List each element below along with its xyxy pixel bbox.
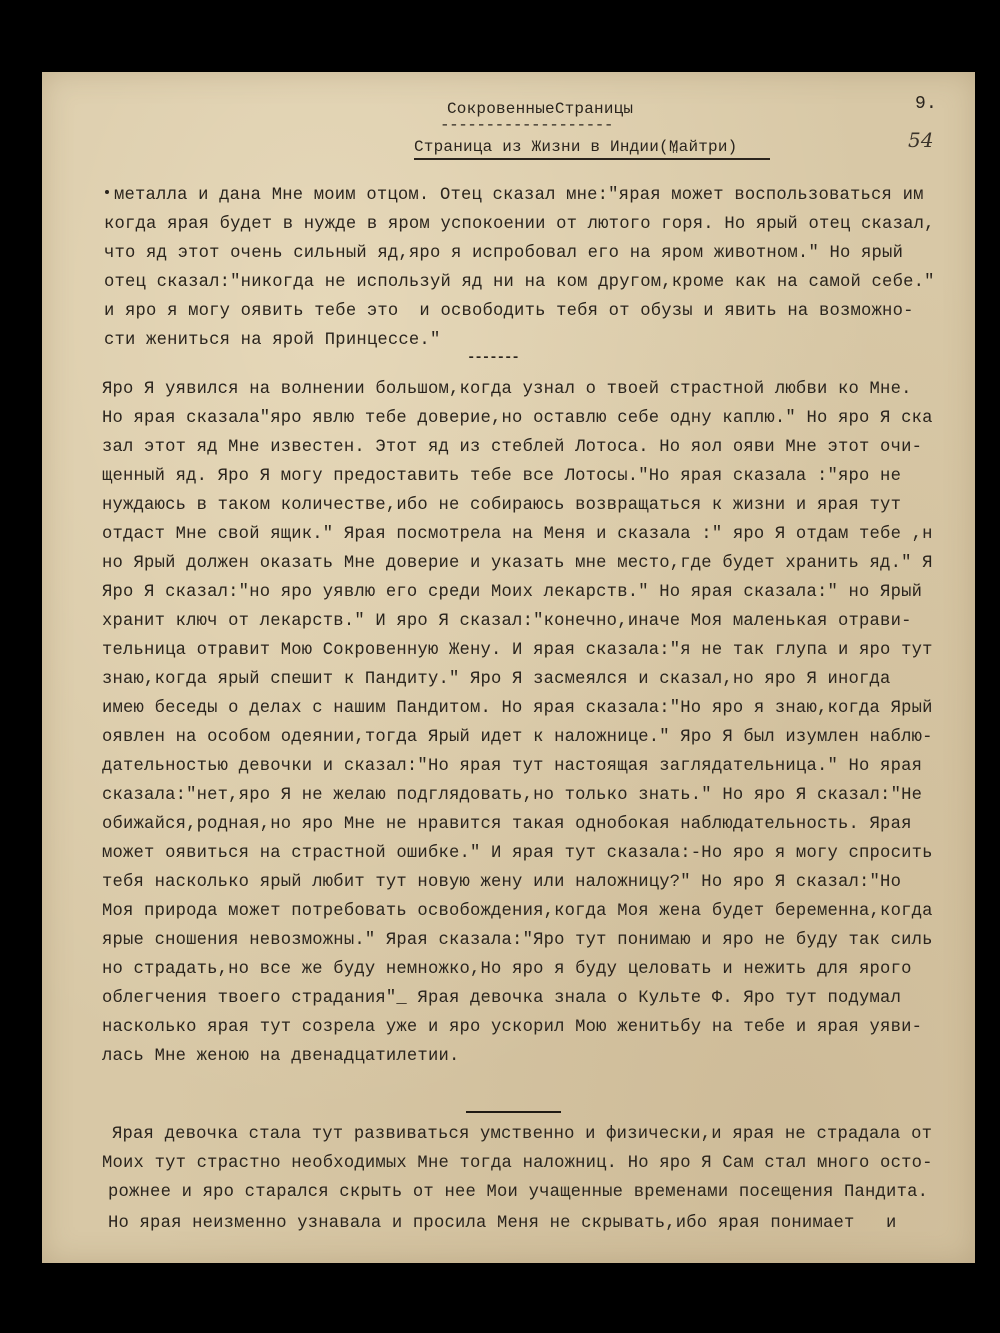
subtitle-underline (414, 158, 770, 160)
text-line: Моя природа может потребовать освобожден… (102, 902, 1000, 921)
text-line: оявлен на особом одеянии,тогда Ярый идет… (102, 728, 1000, 747)
text-line: обижайся,родная,но яро Мне не нравится т… (102, 815, 1000, 834)
text-line: Моих тут страстно необходимых Мне тогда … (102, 1154, 1000, 1173)
text-line: сказала:"нет,яро Я не желаю подглядовать… (102, 786, 1000, 805)
text-line: Но ярая сказала"яро явлю тебе доверие,но… (102, 409, 1000, 428)
document-subtitle: Страница из Жизни в Индии(Майтри) (414, 138, 737, 156)
text-line: но Ярый должен оказать Мне доверие и ука… (102, 554, 1000, 573)
text-line: что яд этот очень сильный яд,яро я испро… (104, 244, 1000, 263)
section-separator: ------- (467, 350, 519, 366)
subtitle-correction-mark: н (672, 146, 678, 157)
typewritten-page: СокровенныеСтраницы ------------------- … (42, 72, 975, 1263)
text-line: Яро Я сказал:"но яро уявлю его среди Мои… (102, 583, 1000, 602)
text-line: рожнее и яро старался скрыть от нее Мои … (108, 1183, 1000, 1202)
text-line: облегчения твоего страдания"_ Ярая девоч… (102, 989, 1000, 1008)
text-line: сти жениться на ярой Принцессе." (104, 331, 1000, 350)
text-line: знаю,когда ярый спешит к Пандиту." Яро Я… (102, 670, 1000, 689)
text-line: ярые сношения невозможны." Ярая сказала:… (102, 931, 1000, 950)
text-line: дательностью девочки и сказал:"Но ярая т… (102, 757, 1000, 776)
text-line: Ярая девочка стала тут развиваться умств… (112, 1125, 1000, 1144)
text-line: Но ярая неизменно узнавала и просила Мен… (108, 1214, 1000, 1233)
title-underline: ------------------- (440, 116, 613, 134)
handwritten-archive-number: 54 (908, 128, 934, 152)
text-line: отец сказал:"никогда не используй яд ни … (104, 273, 1000, 292)
text-line: но страдать,но все же буду немножко,Но я… (102, 960, 1000, 979)
text-line: когда ярая будет в нужде в яром успокоен… (104, 215, 1000, 234)
text-line: нуждаюсь в таком количестве,ибо не собир… (102, 496, 1000, 515)
text-line: имею беседы о делах с нашим Пандитом. Но… (102, 699, 1000, 718)
text-line: зал этот яд Мне известен. Этот яд из сте… (102, 438, 1000, 457)
ink-speck (105, 190, 109, 194)
text-line: тельница отравит Мою Сокровенную Жену. И… (102, 641, 1000, 660)
text-line: лась Мне женою на двенадцатилетии. (102, 1047, 1000, 1066)
text-line: щенный яд. Яро Я могу предоставить тебе … (102, 467, 1000, 486)
text-line: хранит ключ от лекарств." И яро Я сказал… (102, 612, 1000, 631)
text-line: насколько ярая тут созрела уже и яро уск… (102, 1018, 1000, 1037)
text-line: и яро я могу оявить тебе это и освободит… (104, 302, 1000, 321)
text-line: отдаст Мне свой ящик." Ярая посмотрела н… (102, 525, 1000, 544)
page-number: 9. (915, 94, 937, 114)
section-separator-line (466, 1111, 561, 1113)
text-line: тебя насколько ярый любит тут новую жену… (102, 873, 1000, 892)
text-line: Яро Я уявился на волнении большом,когда … (102, 380, 1000, 399)
text-line: может оявиться на страстной ошибке." И я… (102, 844, 1000, 863)
text-line: металла и дана Мне моим отцом. Отец сказ… (114, 186, 1000, 205)
